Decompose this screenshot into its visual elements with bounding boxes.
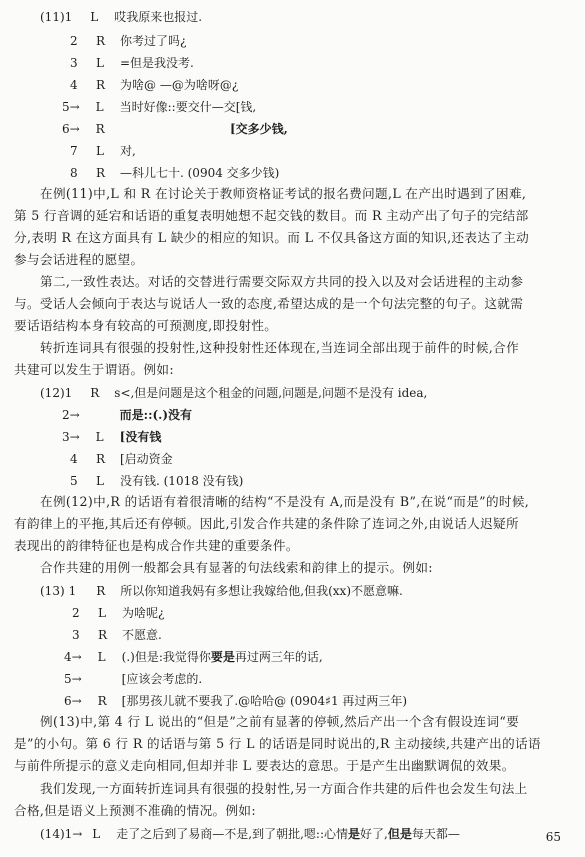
example-13-line-4: 4→L(.)但是:我觉得你要是再过两三年的话, <box>64 649 323 665</box>
example-12-line-3: 3→L[没有钱 <box>62 429 161 445</box>
paragraph-line: 在例(11)中,L 和 R 在讨论关于教师资格证考试的报名费问题,L 在产出时遇… <box>40 186 585 202</box>
example-13-line-5: 5→[应该会考虑的. <box>64 671 202 687</box>
paragraph-line: 在例(12)中,R 的话语有着很清晰的结构“不是没有 A,而是没有 B”,在说“… <box>40 494 585 510</box>
example-13-line-3: 3R不愿意. <box>72 627 162 643</box>
example-13-line-1: (13)1R所以你知道我妈有多想让我嫁给他,但我(xx)不愿意嘛. <box>40 583 403 599</box>
arrow-icon: → <box>72 826 92 842</box>
arrow-icon: → <box>72 693 98 709</box>
paragraph-line: 要话语结构本身有较高的可预测度,即投射性。 <box>14 318 570 334</box>
example-11-line-7: 7L对, <box>70 143 136 159</box>
example-13-line-2: 2L为啥呢¿ <box>72 605 164 621</box>
page-number: 65 <box>546 830 561 844</box>
example-12-line-1: (12)1Rs<,但是问题是这个租金的问题,问题是,问题不是没有 idea, <box>40 385 427 401</box>
paragraph-line: 合格,但是语义上预测不准确的情况。例如: <box>14 803 570 819</box>
example-14-line-1: (14)1→L走了之后到了易商—不是,到了朝批,嗯::心情是好了,但是每天都— <box>40 826 460 842</box>
arrow-icon: → <box>70 429 96 445</box>
arrow-icon: → <box>70 121 96 137</box>
example-11-line-3: 3L=但是我没考. <box>70 55 194 71</box>
example-13-line-6: 6→R[那男孩儿就不要我了.@哈哈@ (0904♯1 再过两三年) <box>64 693 407 709</box>
paragraph-line: 合作共建的用例一般都会具有显著的句法线索和韵律上的提示。例如: <box>40 560 585 576</box>
example-label: (11) <box>40 10 65 24</box>
example-12-line-2: 2→而是::(.)没有 <box>62 407 192 423</box>
example-11-line-5: 5→L当时好像::要交什—交[钱, <box>62 99 256 115</box>
example-11-line-2: 2R你考过了吗¿ <box>70 33 186 49</box>
paragraph-line: 与。受话人会倾向于表达与说话人一致的态度,希望达成的是一个句法完整的句子。这就需 <box>14 296 570 312</box>
arrow-icon: → <box>72 649 98 665</box>
paragraph-line: 参与会话进程的愿望。 <box>14 252 570 268</box>
paragraph-line: 第二,一致性表达。对话的交替进行需要交际双方共同的投入以及对会话进程的主动参 <box>40 274 585 290</box>
paragraph-line: 第 5 行音调的延宕和话语的重复表明她想不起交钱的数目。而 R 主动产出了句子的… <box>14 208 570 224</box>
example-11-line-1: (11)1L哎我原来也报过. <box>40 9 202 25</box>
paragraph-line: 分,表明 R 在这方面具有 L 缺少的相应的知识。而 L 不仅具备这方面的知识,… <box>14 230 570 246</box>
example-11-line-4: 4R为啥@ —@为啥呀@¿ <box>70 77 238 93</box>
paragraph-line: 共建可以发生于谓语。例如: <box>14 362 570 378</box>
paragraph-line: 我们发现,一方面转折连词具有很强的投射性,另一方面合作共建的后件也会发生句法上 <box>40 781 585 797</box>
paragraph-line: 是”的小句。第 6 行 R 的话语与第 5 行 L 的话语是同时说出的,R 主动… <box>14 736 570 752</box>
example-12-line-4: 4R[启动资金 <box>70 451 173 467</box>
example-11-line-6-text: [交多少钱, <box>230 121 288 137</box>
paragraph-line: 与前件所提示的意义走向相同,但却并非 L 要表达的意思。于是产生出幽默调侃的效果… <box>14 758 570 774</box>
paragraph-line: 表现出的韵律特征也是构成合作共建的重要条件。 <box>14 538 570 554</box>
paragraph-line: 转折连词具有很强的投射性,这种投射性还体现在,当连词全部出现于前件的时候,合作 <box>40 340 585 356</box>
arrow-icon: → <box>70 99 96 115</box>
example-11-line-8: 8R—科儿七十. (0904 交多少钱) <box>70 165 279 181</box>
paragraph-line: 例(13)中,第 4 行 L 说出的“但是”之前有显著的停顿,然后产出一个含有假… <box>40 714 585 730</box>
example-11-line-6: 6→R <box>62 121 105 137</box>
example-12-line-5: 5L没有钱. (1018 没有钱) <box>70 473 243 489</box>
arrow-icon: → <box>70 407 120 423</box>
paragraph-line: 有韵律上的平拖,其后还有停顿。因此,引发合作共建的条件除了连词之外,由说话人迟疑… <box>14 516 570 532</box>
arrow-icon: → <box>72 671 122 687</box>
